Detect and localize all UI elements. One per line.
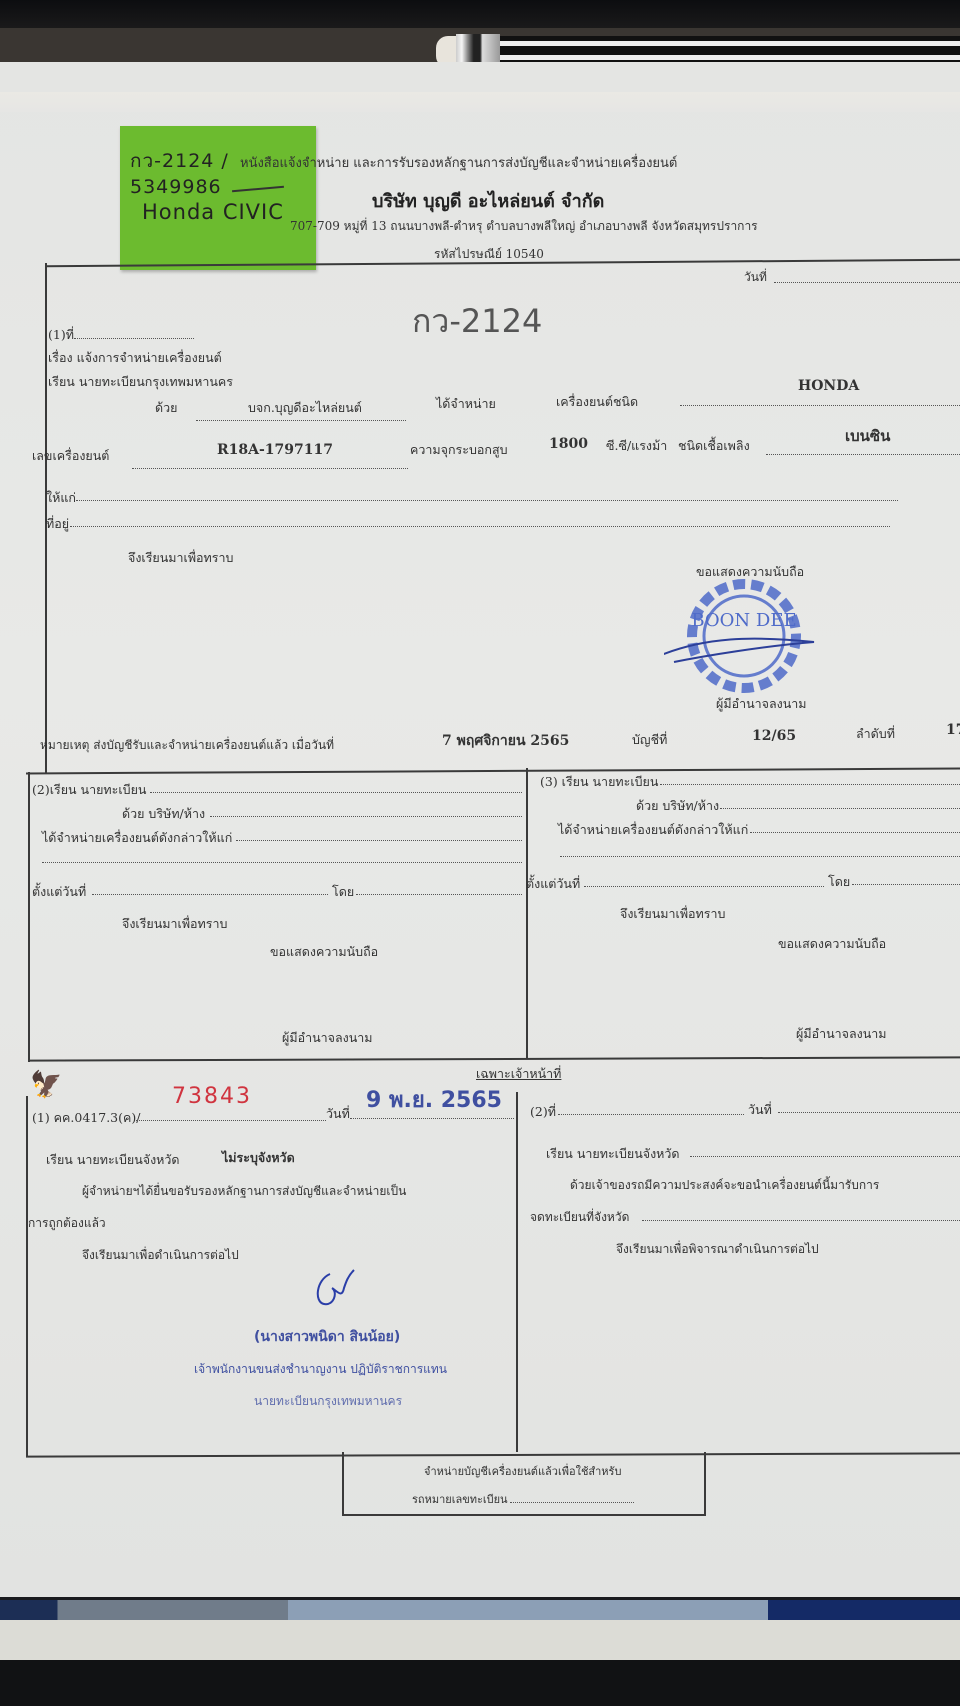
official-body1: ผู้จำหน่ายฯได้ยื่นขอรับรองหลักฐานการส่งบ…: [82, 1182, 406, 1201]
header-date-field: [774, 282, 960, 283]
right-to-label: เรียน นายทะเบียนจังหวัด: [546, 1144, 680, 1164]
section2-company: ด้วย บริษัท/ห้าง: [122, 804, 205, 824]
to-whom-label: ให้แก่: [46, 488, 76, 508]
section3-sold-to: ได้จำหน่ายเครื่องยนต์ดังกล่าวให้แก่: [558, 820, 748, 840]
section3-closing: จึงเรียนมาเพื่อทราบ: [620, 904, 725, 924]
footer-line1: จำหน่ายบัญชีเครื่องยนต์แล้วเพื่อใช้สำหรั…: [424, 1462, 621, 1480]
displacement-label: ความจุกระบอกสูบ: [410, 440, 508, 460]
company-name: บริษัท บุญดี อะไหล่ยนต์ จำกัด: [372, 186, 604, 215]
right-body2: จดทะเบียนที่จังหวัด: [530, 1208, 629, 1227]
section3-by: โดย: [828, 872, 850, 892]
engine-no-value: R18A-1797117: [217, 442, 333, 458]
section2-respect: ขอแสดงความนับถือ: [270, 942, 378, 962]
official-name: (นางสาวพนิดา สินน้อย): [254, 1326, 400, 1348]
displacement-value: 1800: [549, 436, 588, 452]
footer-line2: รถหมายเลขทะเบียน: [412, 1490, 508, 1508]
garuda-emblem-icon: 🦅: [30, 1070, 62, 1100]
section1-closing: จึงเรียนมาเพื่อทราบ: [128, 548, 233, 568]
right-no-label: (2)ที่: [530, 1102, 556, 1122]
section3-to: (3) เรียน นายทะเบียน: [540, 772, 658, 792]
remark-date: 7 พฤศจิกายน 2565: [442, 730, 569, 752]
official-date-value: 9 พ.ย. 2565: [366, 1082, 502, 1117]
section3-respect: ขอแสดงความนับถือ: [778, 934, 886, 954]
section2-signer: ผู้มีอำนาจลงนาม: [282, 1028, 373, 1048]
engine-no-label: เลขเครื่องยนต์: [32, 446, 109, 466]
section2-by: โดย: [332, 882, 354, 902]
official-title: เจ้าพนักงานขนส่งชำนาญงาน ปฏิบัติราชการแท…: [194, 1360, 447, 1379]
fuel-label: ชนิดเชื้อเพลิง: [678, 436, 750, 456]
official-body2: การถูกต้องแล้ว: [28, 1214, 106, 1233]
sticky-note-line2: Honda CIVIC: [142, 200, 284, 224]
order-label: ลำดับที่: [856, 724, 895, 744]
document-subtitle: หนังสือแจ้งจำหน่าย และการรับรองหลักฐานกา…: [240, 152, 677, 173]
section2-sold-to: ได้จำหน่ายเครื่องยนต์ดังกล่าวให้แก่: [42, 828, 232, 848]
binder-strip: [0, 1600, 960, 1620]
handwritten-plate: กว-2124: [412, 296, 542, 347]
to-whom-field: [76, 500, 898, 501]
official-to-label: เรียน นายทะเบียนจังหวัด: [46, 1150, 180, 1170]
ref-value: 73843: [172, 1084, 252, 1109]
right-date-label: วันที่: [748, 1100, 772, 1120]
cc-label: ซี.ซี/แรงม้า: [606, 436, 667, 456]
right-body1: ด้วยเจ้าของรถมีความประสงค์จะขอนำเครื่องย…: [570, 1176, 879, 1195]
account-value: 12/65: [752, 728, 796, 744]
section3-signer: ผู้มีอำนาจลงนาม: [796, 1024, 887, 1044]
engine-type-value: HONDA: [798, 378, 859, 394]
address-field: [70, 526, 890, 527]
address-label: ที่อยู่: [46, 514, 69, 534]
section1-subject: เรื่อง แจ้งการจำหน่ายเครื่องยนต์: [48, 348, 222, 368]
section3-company: ด้วย บริษัท/ห้าง: [636, 796, 719, 816]
section3-since: ตั้งแต่วันที่: [526, 874, 580, 894]
order-value: 17: [946, 722, 960, 738]
official-closing: จึงเรียนมาเพื่อดำเนินการต่อไป: [82, 1246, 239, 1265]
account-label: บัญชีที่: [632, 730, 667, 750]
company-stamp-icon: BOON DEE: [664, 566, 824, 706]
engine-type-label: เครื่องยนต์ชนิด: [556, 392, 638, 412]
right-closing: จึงเรียนมาเพื่อพิจารณาดำเนินการต่อไป: [616, 1240, 819, 1259]
fuel-value: เบนซิน: [845, 424, 890, 448]
by-label: ด้วย: [155, 398, 177, 418]
section1-to: เรียน นายทะเบียนกรุงเทพมหานคร: [48, 372, 233, 392]
section1-respect: ขอแสดงความนับถือ: [696, 562, 804, 582]
header-date-label: วันที่: [744, 268, 767, 287]
section2-since: ตั้งแต่วันที่: [32, 882, 86, 902]
remark-label: หมายเหตุ ส่งบัญชีรับและจำหน่ายเครื่องยนต…: [40, 736, 334, 755]
svg-text:BOON DEE: BOON DEE: [691, 610, 796, 631]
ref-label: (1) คค.0417.3(ค)/: [32, 1108, 140, 1128]
company-address: 707-709 หมู่ที่ 13 ถนนบางพลี-ตำหรุ ตำบลบ…: [290, 217, 758, 236]
official-org: นายทะเบียนกรุงเทพมหานคร: [254, 1392, 402, 1411]
section1-signer: ผู้มีอำนาจลงนาม: [716, 694, 807, 714]
official-to-value: ไม่ระบุจังหวัด: [222, 1148, 295, 1168]
sticky-note: กว-2124 / 5349986 Honda CIVIC: [120, 126, 316, 270]
official-heading: เฉพาะเจ้าหน้าที่: [476, 1064, 561, 1084]
official-date-label: วันที่: [326, 1104, 350, 1124]
section1-number-label: (1)ที่: [48, 325, 74, 345]
sold-label: ได้จำหน่าย: [436, 394, 496, 414]
official-signature-icon: [308, 1268, 358, 1312]
company-value: บจก.บุญดีอะไหล่ยนต์: [248, 398, 362, 418]
section2-to: (2)เรียน นายทะเบียน: [32, 780, 146, 800]
section2-closing: จึงเรียนมาเพื่อทราบ: [122, 914, 227, 934]
